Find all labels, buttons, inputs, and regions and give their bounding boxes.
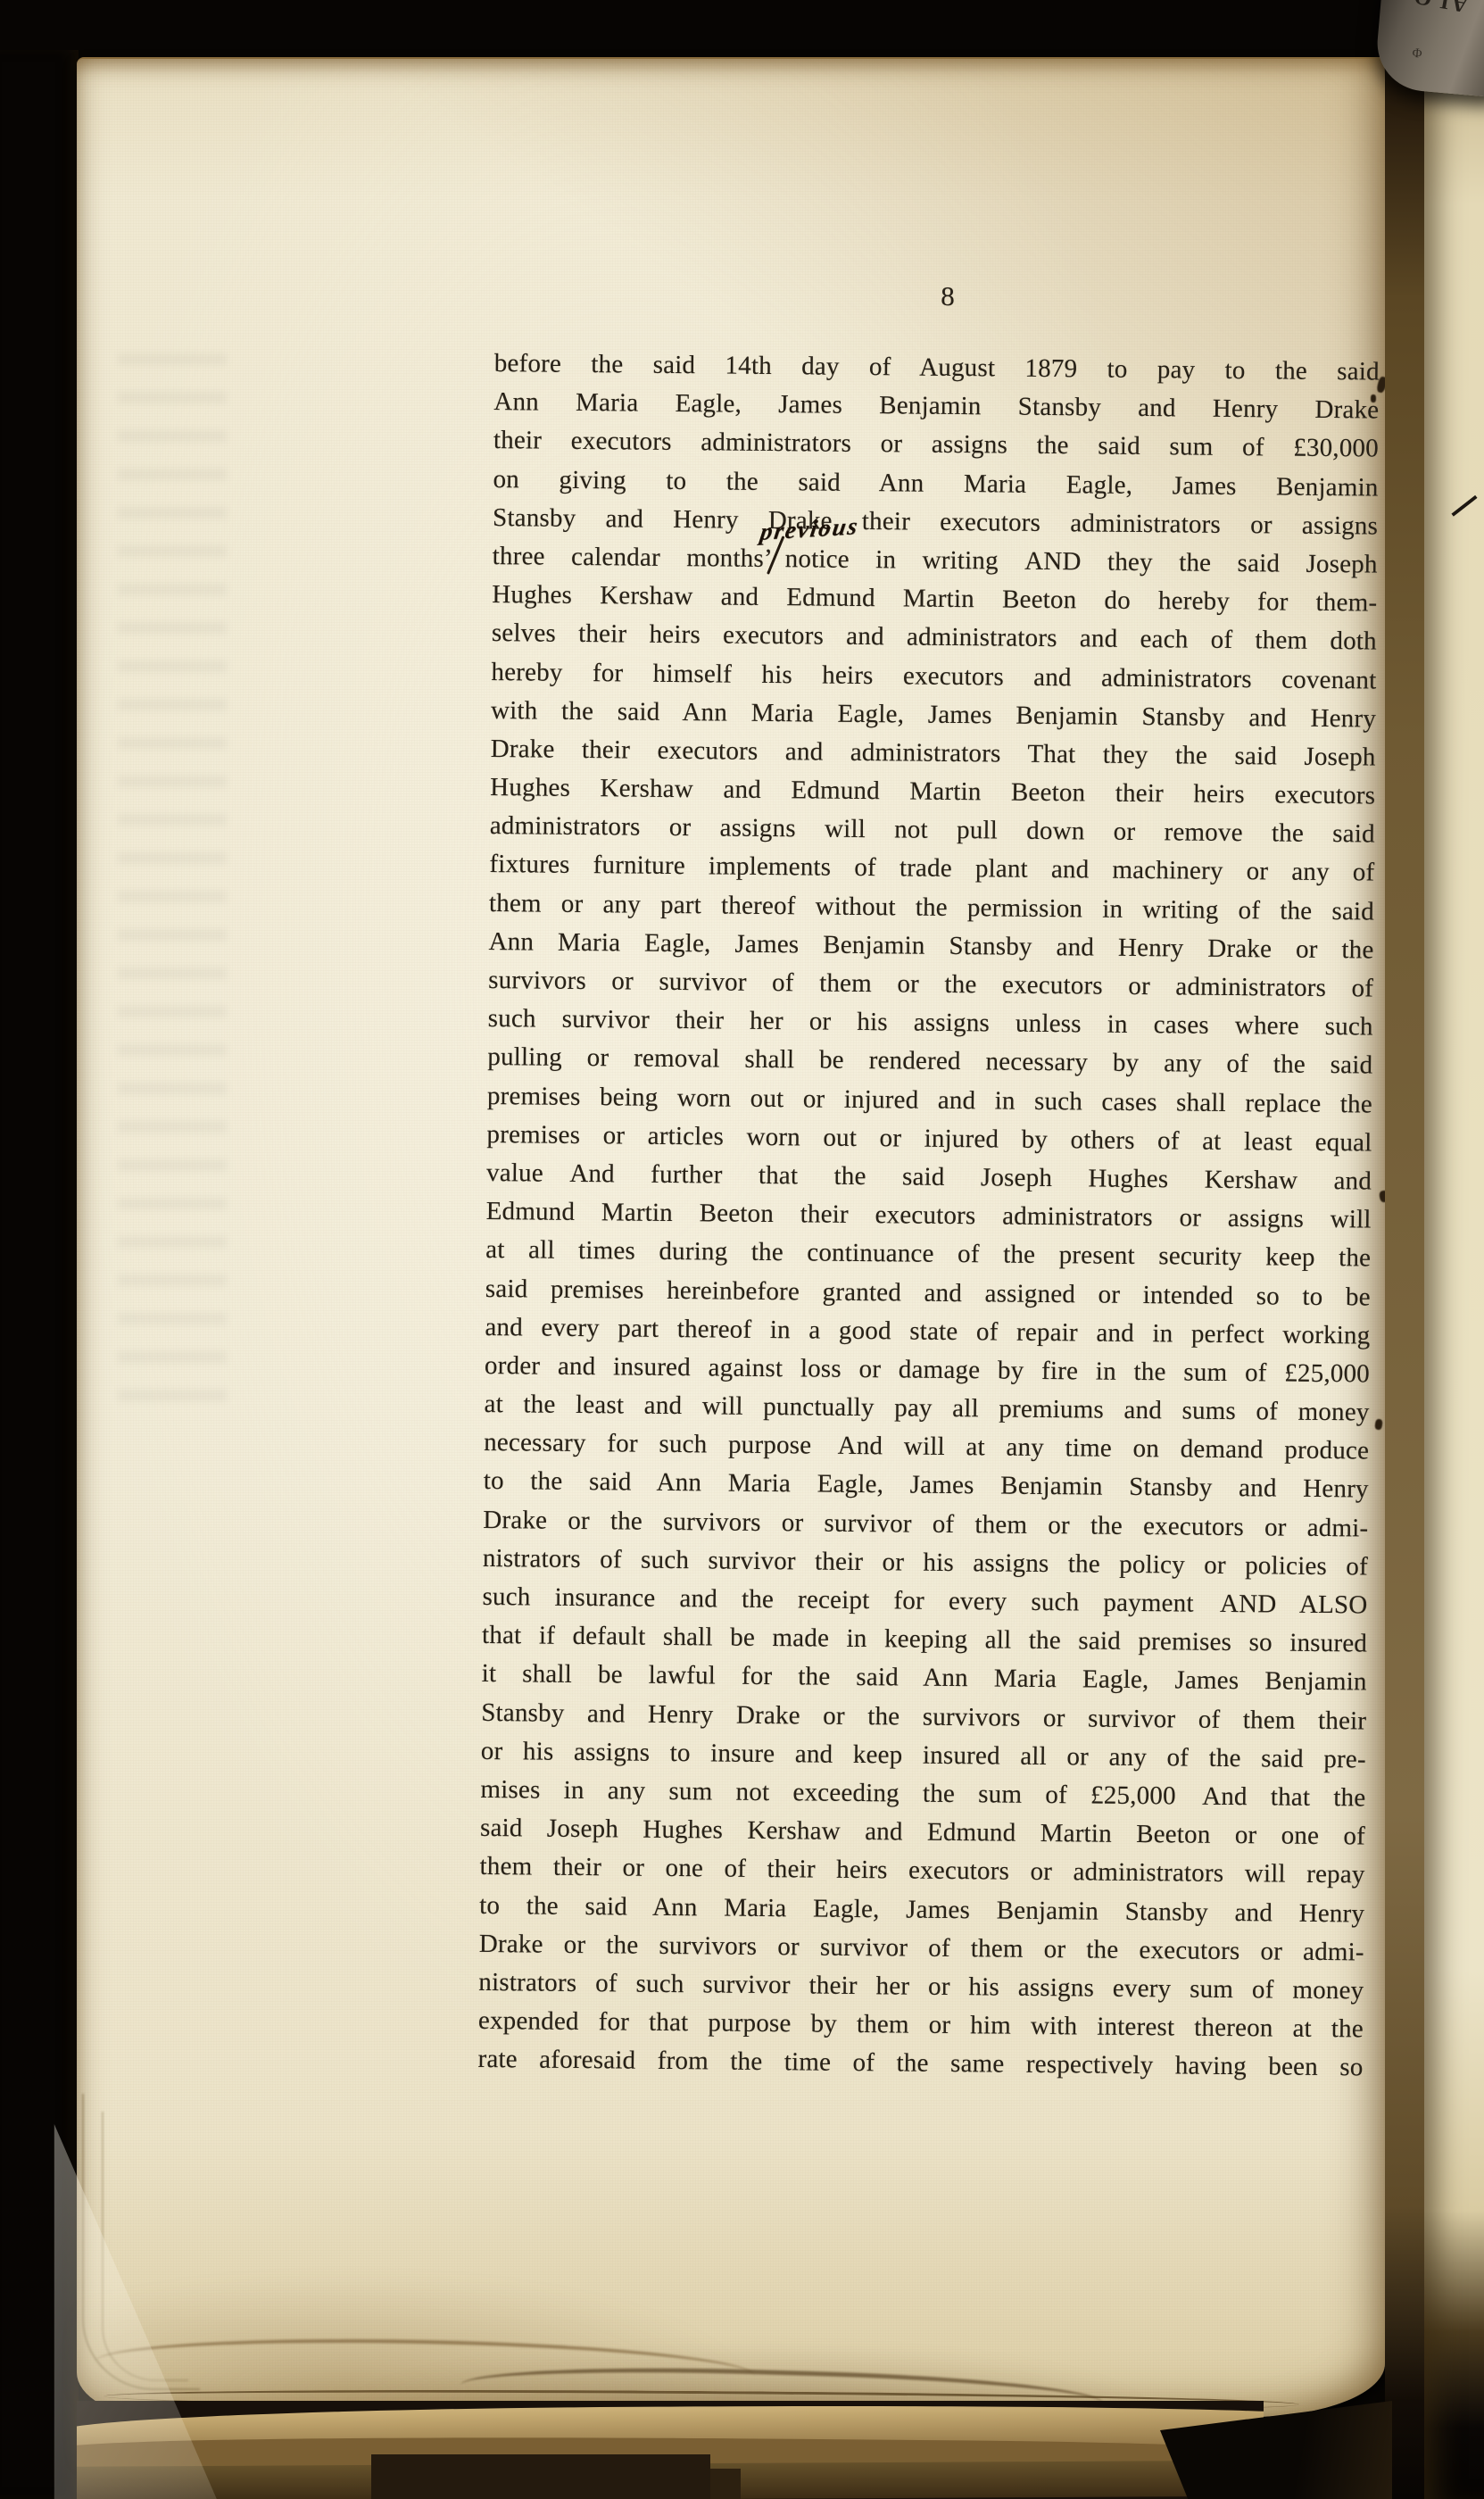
book-scan-photo: 8 before the said 14th day of August 187… bbox=[0, 0, 1484, 2499]
bottom-page-edges bbox=[77, 2401, 1264, 2499]
text-line: rate aforesaid from the time of the same… bbox=[477, 2040, 1363, 2088]
handwriting-fragment-stroke bbox=[1451, 495, 1484, 535]
ink-speck bbox=[1371, 394, 1376, 403]
gutter-shadow bbox=[1385, 54, 1424, 2499]
page-number: 8 bbox=[841, 280, 1055, 312]
handwritten-annotation: previous bbox=[758, 507, 862, 552]
ink-speck bbox=[1374, 1419, 1383, 1431]
book-page: 8 before the said 14th day of August 187… bbox=[77, 57, 1385, 2417]
left-page-edge-stack bbox=[0, 50, 79, 2499]
curl-circle-mark: Φ bbox=[1412, 44, 1422, 60]
facing-page bbox=[1424, 82, 1484, 2499]
showthrough-ghost-text bbox=[118, 353, 227, 1407]
line-segment: notice in writing AND they the said Jose… bbox=[785, 544, 1378, 578]
torn-notch bbox=[371, 2454, 710, 2499]
caret-insertion: previous bbox=[773, 558, 785, 567]
line-segment: three calendar months’ bbox=[493, 542, 773, 573]
page-text: before the said 14th day of August 1879 … bbox=[477, 345, 1380, 2088]
curl-printed-text: ALO bbox=[1410, 0, 1470, 17]
